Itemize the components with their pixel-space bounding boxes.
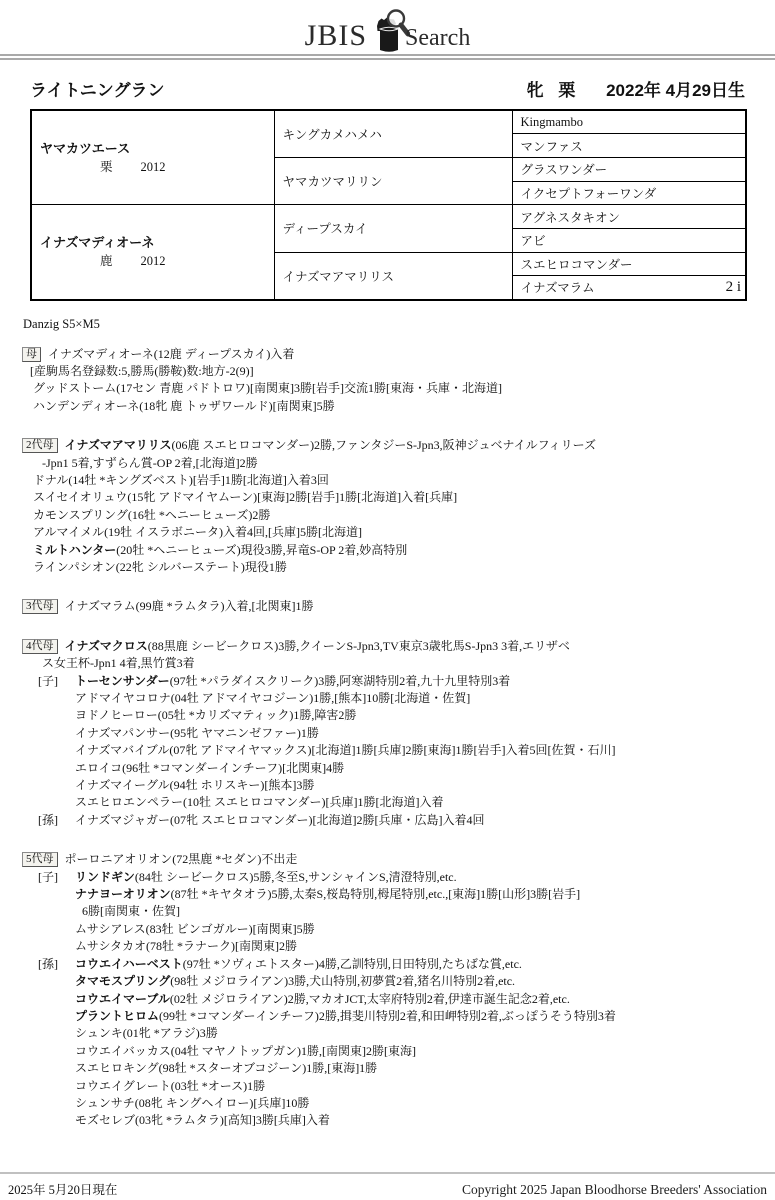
footer: 2025年 5月20日現在 Copyright 2025 Japan Blood… <box>0 1172 775 1198</box>
ggp-name: イナズマラム <box>521 278 595 296</box>
ggp-cell: グラスワンダー <box>512 157 746 181</box>
section-label: 3代母 <box>22 599 58 614</box>
record-text: イナズマパンサー(95牝 ヤマニンゼファー)1勝 <box>75 726 319 740</box>
dam-name: イナズマディオーネ <box>40 233 274 252</box>
pedigree-line: プラントヒロム(99牡 *コマンダーインチーフ)2勝,揖斐川特別2着,和田岬特別… <box>22 1008 765 1025</box>
horse-name-emphasis: ミルトハンター <box>33 543 116 557</box>
pedigree-line: シュンサチ(08牝 キングヘイロー)[兵庫]10勝 <box>22 1095 765 1112</box>
pedigree-line: ナナヨーオリオン(87牡 *キヤタオラ)5勝,太秦S,桜島特別,栂尾特別,etc… <box>22 886 765 903</box>
pedigree-line: コウエイマーブル(02牡 メジロライアン)2勝,マカオJCT,太宰府特別2着,伊… <box>22 991 765 1008</box>
record-text: スエヒロエンペラー(10牡 スエヒロコマンダー)[兵庫]1勝[北海道]入着 <box>75 795 444 809</box>
record-text: イナズマラム(99鹿 *ラムタラ)入着,[北関東]1勝 <box>65 599 314 613</box>
ggp-cell: Kingmambo <box>512 110 746 134</box>
ggp-cell: アグネスタキオン <box>512 205 746 229</box>
dam-cell: イナズマディオーネ 鹿2012 <box>31 205 274 300</box>
pedigree-line: ハンデンディオーネ(18牝 鹿 トゥザワールド)[南関東]5勝 <box>22 398 765 415</box>
pedigree-line: [孫]コウエイハーベスト(97牡 *ソヴィエトスター)4勝,乙訓特別,日田特別,… <box>22 956 765 973</box>
record-text: グッドストーム(17セン 青鹿 パドトロワ)[南関東]3勝[岩手]交流1勝[東海… <box>33 381 502 395</box>
section-label: 5代母 <box>22 852 58 867</box>
pedigree-line: スエヒロエンペラー(10牡 スエヒロコマンダー)[兵庫]1勝[北海道]入着 <box>22 794 765 811</box>
pedigree-line: -Jpn1 5着,すずらん賞-OP 2着,[北海道]2勝 <box>22 455 765 472</box>
section-label: 母 <box>22 347 41 362</box>
pedigree-line: 2代母イナズマアマリリス(06鹿 スエヒロコマンダー)2勝,ファンタジーS-Jp… <box>22 437 765 454</box>
pedigree-line: [孫]イナズマジャガー(07牝 スエヒロコマンダー)[北海道]2勝[兵庫・広島]… <box>22 812 765 829</box>
pedigree-line: アルマイメル(19牡 イスラボニータ)入着4回,[兵庫]5勝[北海道] <box>22 524 765 541</box>
ggp-cell: アビ <box>512 228 746 252</box>
pedigree-line: ミルトハンター(20牡 *ヘニーヒューズ)現役3勝,昇竜S-OP 2着,妙高特別 <box>22 542 765 559</box>
record-text: (99牡 *コマンダーインチーフ)2勝,揖斐川特別2着,和田岬特別2着,ぶっぽう… <box>159 1009 616 1023</box>
sire-year: 2012 <box>141 160 166 174</box>
record-text: (02牡 メジロライアン)2勝,マカオJCT,太宰府特別2着,伊達市誕生記念2着… <box>170 992 570 1006</box>
horse-birthdate: 2022年 4月29日生 <box>606 81 745 100</box>
pedigree-line: スエヒロキング(98牡 *スターオブコジーン)1勝,[東海]1勝 <box>22 1060 765 1077</box>
horse-name-emphasis: プラントヒロム <box>75 1009 159 1023</box>
record-text: (84牡 シービークロス)5勝,冬至S,サンシャインS,清澄特別,etc. <box>135 870 457 884</box>
pedigree-line: [子]トーセンサンダー(97牡 *パラダイスクリーク)3勝,阿寒湖特別2着,九十… <box>22 673 765 690</box>
grandsire-cell: ディープスカイ <box>274 205 512 252</box>
record-text: コウエイグレート(03牡 *オース)1勝 <box>75 1079 265 1093</box>
artifact-text: 2 i <box>726 279 741 296</box>
record-text: 6勝[南関東・佐賀] <box>82 904 180 918</box>
title-row: ライトニングラン 牝 栗 2022年 4月29日生 <box>30 76 745 101</box>
pedigree-line: コウエイバッカス(04牡 マヤノトップガン)1勝,[南関東]2勝[東海] <box>22 1043 765 1060</box>
copyright: Copyright 2025 Japan Bloodhorse Breeders… <box>462 1182 767 1198</box>
record-text: (06鹿 スエヒロコマンダー)2勝,ファンタジーS-Jpn3,阪神ジュベナイルフ… <box>172 438 597 452</box>
record-text: コウエイバッカス(04牡 マヤノトップガン)1勝,[南関東]2勝[東海] <box>75 1044 416 1058</box>
record-text: ヨドノヒーロー(05牡 *カリズマティック)1勝,障害2勝 <box>75 708 356 722</box>
record-text: ラインパシオン(22牝 シルバーステート)現役1勝 <box>33 560 287 574</box>
pedigree-line: アドマイヤコロナ(04牡 アドマイヤコジーン)1勝,[熊本]10勝[北海道・佐賀… <box>22 690 765 707</box>
offspring-sections: 母イナズマディオーネ(12鹿 ディープスカイ)入着[産駒馬名登録数:5,勝馬(勝… <box>22 346 765 1130</box>
record-text: エロイコ(96牡 *コマンダーインチーフ)[北関東]4勝 <box>75 761 344 775</box>
record-text: シュンサチ(08牝 キングヘイロー)[兵庫]10勝 <box>75 1096 309 1110</box>
jbis-search-logo: JBIS Search <box>305 8 471 51</box>
pedigree-line: 3代母イナズマラム(99鹿 *ラムタラ)入着,[北関東]1勝 <box>22 598 765 615</box>
horse-profile: 牝 栗 2022年 4月29日生 <box>517 76 745 101</box>
record-text: (98牡 メジロライアン)3勝,犬山特別,初夢賞2着,猪名川特別2着,etc. <box>170 974 515 988</box>
horse-name-emphasis: コウエイマーブル <box>75 992 170 1006</box>
pedigree-section: 2代母イナズマアマリリス(06鹿 スエヒロコマンダー)2勝,ファンタジーS-Jp… <box>22 437 765 576</box>
record-text: イナズマジャガー(07牝 スエヒロコマンダー)[北海道]2勝[兵庫・広島]入着4… <box>75 813 485 827</box>
pedigree-line: ムサシタカオ(78牡 *ラナーク)[南関東]2勝 <box>22 938 765 955</box>
horse-name-emphasis: イナズマアマリリス <box>65 438 172 452</box>
pedigree-line: 5代母ポーロニアオリオン(72黒鹿 *セダン)不出走 <box>22 851 765 868</box>
record-text: イナズマバイブル(07牝 アドマイヤマックス)[北海道]1勝[兵庫]2勝[東海]… <box>75 743 615 757</box>
record-text: (97牡 *ソヴィエトスター)4勝,乙訓特別,日田特別,たちばな賞,etc. <box>183 957 522 971</box>
record-text: カモンスプリング(16牡 *ヘニーヒューズ)2勝 <box>33 508 270 522</box>
dam-detail: 鹿2012 <box>40 252 274 271</box>
record-text: イナズマディオーネ(12鹿 ディープスカイ)入着 <box>48 347 294 361</box>
ggp-cell: イクセプトフォーワンダ <box>512 181 746 205</box>
horse-name-emphasis: リンドギン <box>75 870 135 884</box>
pedigree-line: カモンスプリング(16牡 *ヘニーヒューズ)2勝 <box>22 507 765 524</box>
record-text: ポーロニアオリオン(72黒鹿 *セダン)不出走 <box>65 852 298 866</box>
dam-coat: 鹿 <box>100 254 113 268</box>
section-label: 2代母 <box>22 438 58 453</box>
pedigree-line: 4代母イナズマクロス(88黒鹿 シービークロス)3勝,クイーンS-Jpn3,TV… <box>22 638 765 655</box>
pedigree-line: [産駒馬名登録数:5,勝馬(勝鞍)数:地方-2(9)] <box>22 363 765 380</box>
pedigree-line: シュンキ(01牝 *アラジ)3勝 <box>22 1025 765 1042</box>
horse-name-emphasis: ナナヨーオリオン <box>75 887 171 901</box>
pedigree-line: エロイコ(96牡 *コマンダーインチーフ)[北関東]4勝 <box>22 760 765 777</box>
as-of-date: 2025年 5月20日現在 <box>8 1180 117 1198</box>
granddam-cell: イナズマアマリリス <box>274 252 512 299</box>
record-text: ドナル(14牡 *キングズベスト)[岩手]1勝[北海道]入着3回 <box>33 473 329 487</box>
record-text: スエヒロキング(98牡 *スターオブコジーン)1勝,[東海]1勝 <box>75 1061 377 1075</box>
horse-coat: 栗 <box>558 81 575 100</box>
relation-tag: [子] <box>38 869 58 886</box>
pedigree-line: スイセイオリュウ(15牝 アドマイヤムーン)[東海]2勝[岩手]1勝[北海道]入… <box>22 489 765 506</box>
record-text: シュンキ(01牝 *アラジ)3勝 <box>75 1026 218 1040</box>
pedigree-line: 6勝[南関東・佐賀] <box>22 903 765 920</box>
grandsire-cell: キングカメハメハ <box>274 110 512 157</box>
pedigree-section: 3代母イナズマラム(99鹿 *ラムタラ)入着,[北関東]1勝 <box>22 598 765 615</box>
pedigree-section: 母イナズマディオーネ(12鹿 ディープスカイ)入着[産駒馬名登録数:5,勝馬(勝… <box>22 346 765 416</box>
pedigree-section: 5代母ポーロニアオリオン(72黒鹿 *セダン)不出走[子]リンドギン(84牡 シ… <box>22 851 765 1130</box>
pedigree-line: タマモスプリング(98牡 メジロライアン)3勝,犬山特別,初夢賞2着,猪名川特別… <box>22 973 765 990</box>
pedigree-line: ラインパシオン(22牝 シルバーステート)現役1勝 <box>22 559 765 576</box>
pedigree-table: ヤマカツエース 栗2012 キングカメハメハ Kingmambo マンファス ヤ… <box>30 109 747 301</box>
sire-coat: 栗 <box>100 160 113 174</box>
record-text: [産駒馬名登録数:5,勝馬(勝鞍)数:地方-2(9)] <box>30 364 254 378</box>
horse-name-emphasis: コウエイハーベスト <box>75 957 183 971</box>
record-text: アルマイメル(19牡 イスラボニータ)入着4回,[兵庫]5勝[北海道] <box>33 525 362 539</box>
pedigree-line: イナズマパンサー(95牝 ヤマニンゼファー)1勝 <box>22 725 765 742</box>
pedigree-line: ムサシアレス(83牡 ビンゴガルー)[南関東]5勝 <box>22 921 765 938</box>
pedigree-line: [子]リンドギン(84牡 シービークロス)5勝,冬至S,サンシャインS,清澄特別… <box>22 869 765 886</box>
sire-name: ヤマカツエース <box>40 139 274 158</box>
record-text: モズセレブ(03牝 *ラムタラ)[高知]3勝[兵庫]入着 <box>75 1113 330 1127</box>
record-text: イナズマイーグル(94牡 ホリスキー)[熊本]3勝 <box>75 778 314 792</box>
dam-year: 2012 <box>141 254 166 268</box>
header-divider <box>0 54 775 60</box>
logo-text-jbis: JBIS <box>305 21 367 51</box>
record-text: スイセイオリュウ(15牝 アドマイヤムーン)[東海]2勝[岩手]1勝[北海道]入… <box>33 490 457 504</box>
pedigree-line: ヨドノヒーロー(05牡 *カリズマティック)1勝,障害2勝 <box>22 707 765 724</box>
sire-detail: 栗2012 <box>40 158 274 177</box>
horse-name-emphasis: タマモスプリング <box>75 974 170 988</box>
pedigree-section: 4代母イナズマクロス(88黒鹿 シービークロス)3勝,クイーンS-Jpn3,TV… <box>22 638 765 829</box>
record-text: ムサシタカオ(78牡 *ラナーク)[南関東]2勝 <box>75 939 297 953</box>
inbreeding-note: Danzig S5×M5 <box>23 317 775 332</box>
pedigree-line: イナズマバイブル(07牝 アドマイヤマックス)[北海道]1勝[兵庫]2勝[東海]… <box>22 742 765 759</box>
pedigree-line: イナズマイーグル(94牡 ホリスキー)[熊本]3勝 <box>22 777 765 794</box>
header: JBIS Search <box>0 0 775 50</box>
pedigree-line: ドナル(14牡 *キングズベスト)[岩手]1勝[北海道]入着3回 <box>22 472 765 489</box>
pedigree-line: グッドストーム(17セン 青鹿 パドトロワ)[南関東]3勝[岩手]交流1勝[東海… <box>22 380 765 397</box>
sire-cell: ヤマカツエース 栗2012 <box>31 110 274 205</box>
record-text: -Jpn1 5着,すずらん賞-OP 2着,[北海道]2勝 <box>42 456 258 470</box>
granddam-cell: ヤマカツマリリン <box>274 157 512 204</box>
record-text: (20牡 *ヘニーヒューズ)現役3勝,昇竜S-OP 2着,妙高特別 <box>116 543 407 557</box>
record-text: (97牡 *パラダイスクリーク)3勝,阿寒湖特別2着,九十九里特別3着 <box>170 674 511 688</box>
horse-name-emphasis: イナズマクロス <box>65 639 148 653</box>
horse-sex: 牝 <box>527 81 544 100</box>
horse-name-emphasis: トーセンサンダー <box>75 674 170 688</box>
relation-tag: [孫] <box>38 956 58 973</box>
pedigree-line: 母イナズマディオーネ(12鹿 ディープスカイ)入着 <box>22 346 765 363</box>
ggp-cell: イナズマラム 2 i <box>512 276 746 300</box>
relation-tag: [子] <box>38 673 58 690</box>
horse-name: ライトニングラン <box>30 76 164 101</box>
record-text: ムサシアレス(83牡 ビンゴガルー)[南関東]5勝 <box>75 922 315 936</box>
ggp-cell: スエヒロコマンダー <box>512 252 746 276</box>
pedigree-line: モズセレブ(03牝 *ラムタラ)[高知]3勝[兵庫]入着 <box>22 1112 765 1129</box>
ggp-cell: マンファス <box>512 134 746 158</box>
record-text: (87牡 *キヤタオラ)5勝,太秦S,桜島特別,栂尾特別,etc.,[東海]1勝… <box>171 887 581 901</box>
pedigree-line: コウエイグレート(03牡 *オース)1勝 <box>22 1078 765 1095</box>
record-text: ス女王杯-Jpn1 4着,黒竹賞3着 <box>42 656 195 670</box>
section-label: 4代母 <box>22 639 58 654</box>
horse-magnifier-inkpot-icon <box>370 8 410 54</box>
record-text: アドマイヤコロナ(04牡 アドマイヤコジーン)1勝,[熊本]10勝[北海道・佐賀… <box>75 691 470 705</box>
relation-tag: [孫] <box>38 812 58 829</box>
record-text: ハンデンディオーネ(18牝 鹿 トゥザワールド)[南関東]5勝 <box>33 399 335 413</box>
pedigree-line: ス女王杯-Jpn1 4着,黒竹賞3着 <box>22 655 765 672</box>
record-text: (88黒鹿 シービークロス)3勝,クイーンS-Jpn3,TV東京3歳牝馬S-Jp… <box>148 639 570 653</box>
logo-text-search: Search <box>405 26 470 51</box>
